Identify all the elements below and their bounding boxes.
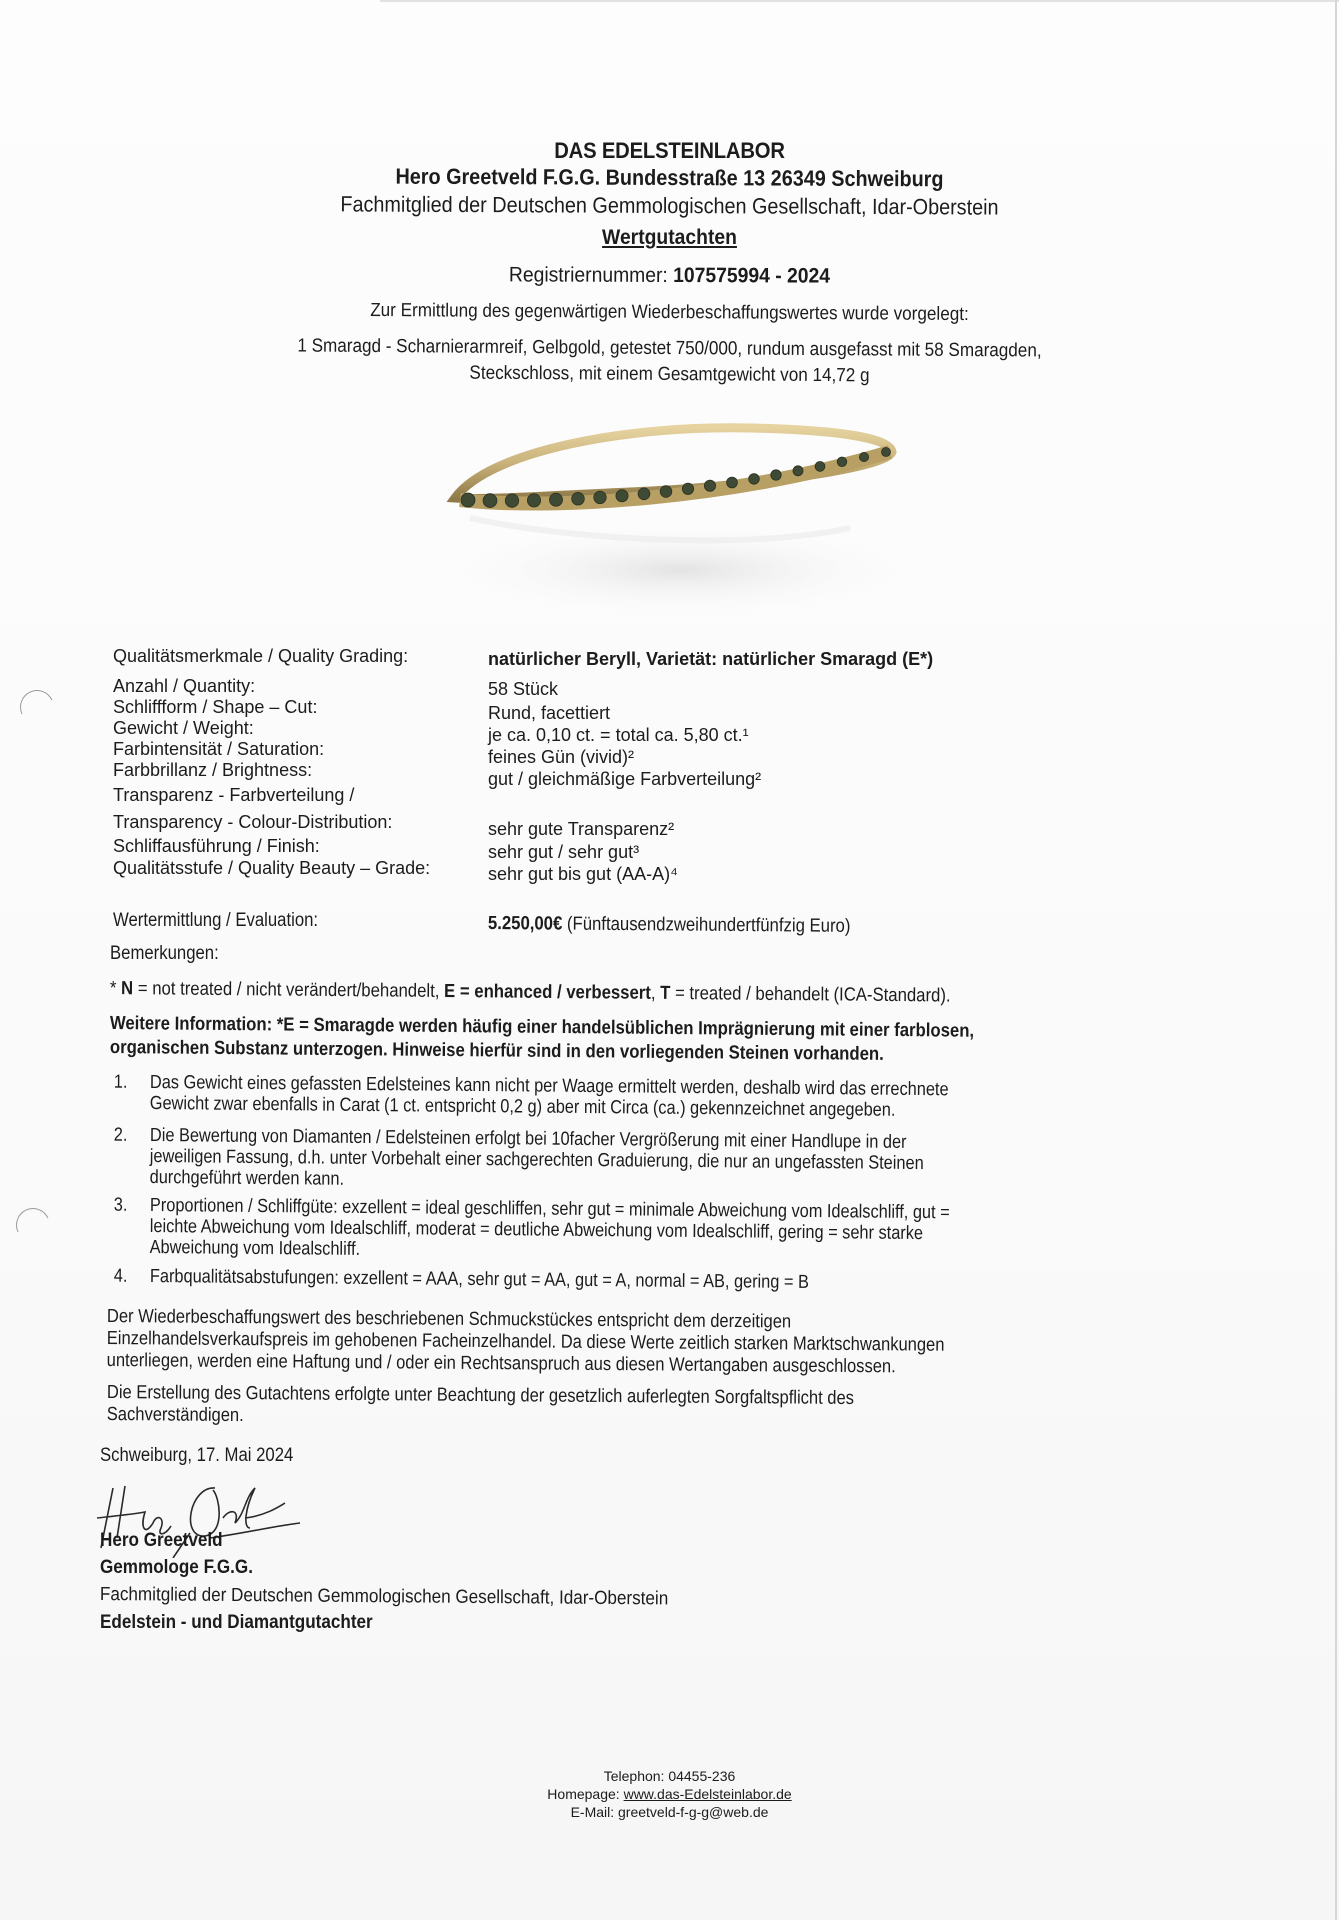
scan-edge-top xyxy=(380,0,1339,2)
grading-label: Transparenz - Farbverteilung / xyxy=(113,785,354,806)
treatment-legend-part: T xyxy=(660,983,670,1004)
grading-label: Qualitätsmerkmale / Quality Grading: xyxy=(113,646,408,667)
further-info-line: organischen Substanz unterzogen. Hinweis… xyxy=(110,1037,884,1066)
care-paragraph: Die Erstellung des Gutachtens erfolgte u… xyxy=(107,1382,854,1432)
grading-value: je ca. 0,10 ct. = total ca. 5,80 ct.¹ xyxy=(488,725,749,746)
footnote-number: 2. xyxy=(114,1125,128,1146)
signatory-title: Gemmologe F.G.G. xyxy=(100,1557,253,1579)
grading-value: gut / gleichmäßige Farbverteilung² xyxy=(488,769,761,790)
grading-value: 58 Stück xyxy=(488,679,558,700)
footnote-number: 1. xyxy=(114,1072,128,1093)
treatment-legend-part: = not treated / nicht verändert/behandel… xyxy=(133,978,444,1002)
document-page: DAS EDELSTEINLABOR Hero Greetveld F.G.G.… xyxy=(0,0,1339,1920)
lab-name: DAS EDELSTEINLABOR xyxy=(54,138,1286,164)
treatment-legend: * N = not treated / nicht verändert/beha… xyxy=(110,978,951,1008)
punch-hole-mark xyxy=(15,685,59,729)
grading-value: natürlicher Beryll, Varietät: natürliche… xyxy=(488,649,933,670)
footnote-item: 3.Proportionen / Schliffgüte: exzellent … xyxy=(150,1195,950,1265)
signatory-name: Hero Greetveld xyxy=(100,1530,223,1552)
footer-phone: Telephon: 04455-236 xyxy=(0,1768,1339,1784)
signatory-membership: Fachmitglied der Deutschen Gemmologische… xyxy=(100,1584,668,1610)
intro-text: Zur Ermittlung des gegenwärtigen Wiederb… xyxy=(67,298,1272,328)
place-date: Schweiburg, 17. Mai 2024 xyxy=(100,1445,293,1467)
disclaimer-paragraph: Der Wiederbeschaffungswert des beschrieb… xyxy=(107,1306,945,1379)
footer-homepage: Homepage: www.das-Edelsteinlabor.de xyxy=(0,1786,1339,1802)
footer-email[interactable]: E-Mail: greetveld-f-g-g@web.de xyxy=(0,1804,1339,1820)
grading-label: Qualitätsstufe / Quality Beauty – Grade: xyxy=(113,858,430,879)
grading-label: Farbbrillanz / Brightness: xyxy=(113,760,312,781)
grading-label: Schliffausführung / Finish: xyxy=(113,836,320,857)
grading-label: Gewicht / Weight: xyxy=(113,718,254,739)
grading-value: sehr gut / sehr gut³ xyxy=(488,842,639,863)
treatment-legend-part: , xyxy=(651,983,660,1004)
treatment-legend-part: * xyxy=(110,978,121,999)
punch-hole-mark xyxy=(11,1203,55,1247)
footnote-item: 4.Farbqualitätsabstufungen: exzellent = … xyxy=(150,1266,809,1293)
homepage-link[interactable]: www.das-Edelsteinlabor.de xyxy=(624,1786,792,1802)
evaluation-amount-words: (Fünftausendzweihundertfünfzig Euro) xyxy=(562,914,850,937)
grading-value: sehr gut bis gut (AA-A)⁴ xyxy=(488,864,678,885)
grading-value: feines Gün (vivid)² xyxy=(488,747,634,768)
grading-label: Schliffform / Shape – Cut: xyxy=(113,697,317,718)
footnote-text: Farbqualitätsabstufungen: exzellent = AA… xyxy=(150,1266,809,1293)
treatment-legend-part: N xyxy=(121,978,133,999)
lab-membership: Fachmitglied der Deutschen Gemmologische… xyxy=(67,190,1272,222)
document-title: Wertgutachten xyxy=(54,226,1286,250)
grading-label: Farbintensität / Saturation: xyxy=(113,739,324,760)
grading-value: sehr gute Transparenz² xyxy=(488,819,674,840)
item-description-line: 1 Smaragd - Scharnierarmreif, Gelbgold, … xyxy=(67,334,1272,364)
treatment-legend-part: = treated / behandelt (ICA-Standard). xyxy=(670,983,950,1007)
remarks-label: Bemerkungen: xyxy=(110,943,219,965)
footnote-number: 4. xyxy=(114,1266,128,1287)
lab-address: Hero Greetveld F.G.G. Bundesstraße 13 26… xyxy=(67,162,1272,194)
registration-number: Registriernummer: 107575994 - 2024 xyxy=(54,262,1286,291)
registration-label: Registriernummer: xyxy=(509,263,673,287)
treatment-legend-part: E = enhanced / verbessert xyxy=(444,981,651,1004)
footnote-item: 2.Die Bewertung von Diamanten / Edelstei… xyxy=(150,1125,924,1195)
footnote-item: 1.Das Gewicht eines gefassten Edelsteine… xyxy=(150,1072,949,1121)
scan-edge-right xyxy=(1335,0,1337,1920)
grading-value: Rund, facettiert xyxy=(488,703,610,724)
grading-label: Transparency - Colour-Distribution: xyxy=(113,812,392,833)
grading-label: Anzahl / Quantity: xyxy=(113,676,255,697)
item-description-line: Steckschloss, mit einem Gesamtgewicht vo… xyxy=(67,360,1272,390)
evaluation-value: 5.250,00€ (Fünftausendzweihundertfünfzig… xyxy=(488,913,851,938)
registration-value: 107575994 - 2024 xyxy=(673,264,830,288)
homepage-label: Homepage: xyxy=(547,1786,623,1802)
signatory-role: Edelstein - und Diamantgutachter xyxy=(100,1612,373,1634)
evaluation-label: Wertermittlung / Evaluation: xyxy=(113,910,318,932)
evaluation-amount: 5.250,00€ xyxy=(488,913,563,935)
bangle-photo xyxy=(430,400,930,620)
footnote-number: 3. xyxy=(114,1195,128,1216)
